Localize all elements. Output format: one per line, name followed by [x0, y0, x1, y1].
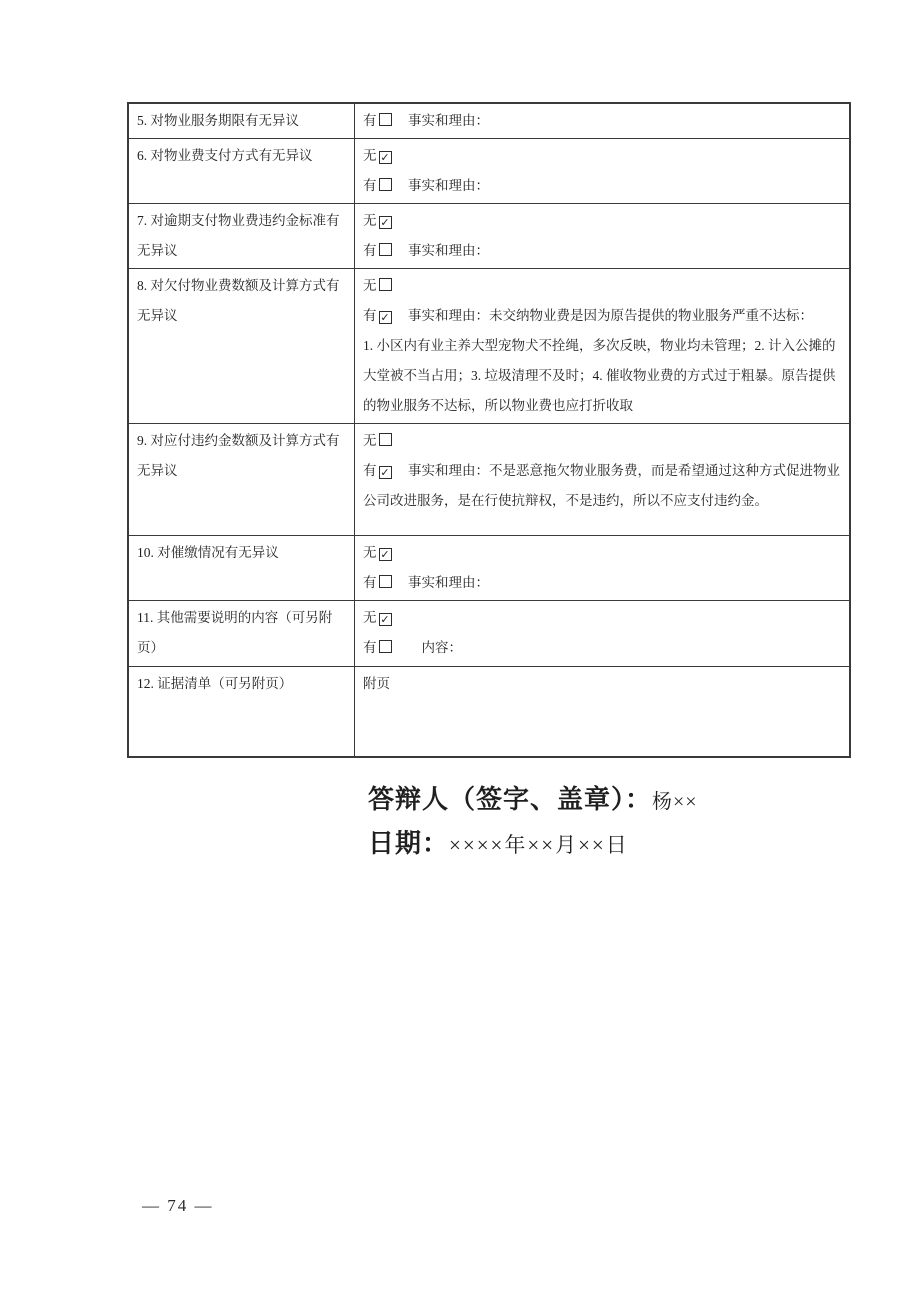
- content-text: 无: [363, 148, 377, 163]
- content-line: 无: [363, 426, 841, 456]
- row-content-cell: 无✓有 事实和理由：: [355, 139, 851, 204]
- table-row: 8. 对欠付物业费数额及计算方式有无异议无有✓ 事实和理由：未交纳物业费是因为原…: [128, 269, 850, 424]
- unchecked-checkbox-icon: [379, 640, 392, 653]
- signature-block: 答辩人（签字、盖章）：杨×× 日期：××××年××月××日: [368, 780, 698, 868]
- row-label: 6. 对物业费支付方式有无异议: [137, 141, 346, 171]
- content-text: 有: [363, 463, 377, 478]
- checked-checkbox-icon: ✓: [379, 613, 392, 626]
- content-text: 事实和理由：不是恶意拖欠物业服务费，而是希望通过这种方式促进物业公司改进服务，是…: [363, 463, 840, 508]
- content-line: 有✓ 事实和理由：不是恶意拖欠物业服务费，而是希望通过这种方式促进物业公司改进服…: [363, 456, 841, 516]
- row-content-cell: 附页: [355, 667, 851, 757]
- content-text: 附页: [363, 676, 390, 691]
- row-label: 5. 对物业服务期限有无异议: [137, 106, 346, 136]
- content-line: 有 事实和理由：: [363, 106, 841, 136]
- row-label: 11. 其他需要说明的内容（可另附页）: [137, 603, 346, 663]
- content-text: 无: [363, 610, 377, 625]
- table-row: 12. 证据清单（可另附页）附页: [128, 667, 850, 757]
- unchecked-checkbox-icon: [379, 178, 392, 191]
- date-label: 日期：: [368, 829, 449, 858]
- page-number: — 74 —: [142, 1196, 214, 1216]
- row-content-cell: 无有✓ 事实和理由：不是恶意拖欠物业服务费，而是希望通过这种方式促进物业公司改进…: [355, 424, 851, 536]
- date-line: 日期：××××年××月××日: [368, 824, 698, 868]
- content-text: 内容：: [395, 640, 463, 655]
- unchecked-checkbox-icon: [379, 113, 392, 126]
- row-content-cell: 无✓有 事实和理由：: [355, 536, 851, 601]
- content-text: 无: [363, 545, 377, 560]
- content-text: 事实和理由：未交纳物业费是因为原告提供的物业服务严重不达标：: [395, 308, 814, 323]
- content-text: 有: [363, 113, 377, 128]
- row-content-cell: 无✓有 内容：: [355, 601, 851, 667]
- signer-label: 答辩人（签字、盖章）：: [368, 785, 652, 814]
- content-text: 事实和理由：: [395, 575, 490, 590]
- row-label-cell: 6. 对物业费支付方式有无异议: [128, 139, 355, 204]
- content-text: 无: [363, 278, 377, 293]
- content-text: 1. 小区内有业主养大型宠物犬不拴绳，多次反映，物业均未管理；2. 计入公摊的大…: [363, 338, 836, 413]
- date-value: ××××年××月××日: [449, 833, 629, 857]
- answer-table-body: 5. 对物业服务期限有无异议有 事实和理由：6. 对物业费支付方式有无异议无✓有…: [128, 103, 850, 757]
- content-text: 事实和理由：: [395, 178, 490, 193]
- row-label: 10. 对催缴情况有无异议: [137, 538, 346, 568]
- row-label-cell: 12. 证据清单（可另附页）: [128, 667, 355, 757]
- content-line: 有 事实和理由：: [363, 236, 841, 266]
- content-line: 无✓: [363, 141, 841, 171]
- row-label-cell: 8. 对欠付物业费数额及计算方式有无异议: [128, 269, 355, 424]
- checked-checkbox-icon: ✓: [379, 216, 392, 229]
- table-row: 10. 对催缴情况有无异议无✓有 事实和理由：: [128, 536, 850, 601]
- content-line: 有 事实和理由：: [363, 171, 841, 201]
- content-line: 无✓: [363, 603, 841, 633]
- unchecked-checkbox-icon: [379, 243, 392, 256]
- content-text: 有: [363, 640, 377, 655]
- row-label-cell: 10. 对催缴情况有无异议: [128, 536, 355, 601]
- row-label: 12. 证据清单（可另附页）: [137, 669, 346, 699]
- checked-checkbox-icon: ✓: [379, 311, 392, 324]
- content-line: 附页: [363, 669, 841, 699]
- answer-table: 5. 对物业服务期限有无异议有 事实和理由：6. 对物业费支付方式有无异议无✓有…: [127, 102, 851, 758]
- table-row: 9. 对应付违约金数额及计算方式有无异议无有✓ 事实和理由：不是恶意拖欠物业服务…: [128, 424, 850, 536]
- row-content-cell: 无✓有 事实和理由：: [355, 204, 851, 269]
- content-text: 有: [363, 308, 377, 323]
- content-text: 有: [363, 243, 377, 258]
- signer-line: 答辩人（签字、盖章）：杨××: [368, 780, 698, 824]
- row-label-cell: 9. 对应付违约金数额及计算方式有无异议: [128, 424, 355, 536]
- content-text: 有: [363, 575, 377, 590]
- content-text: 有: [363, 178, 377, 193]
- row-content-cell: 有 事实和理由：: [355, 103, 851, 139]
- row-content-cell: 无有✓ 事实和理由：未交纳物业费是因为原告提供的物业服务严重不达标：1. 小区内…: [355, 269, 851, 424]
- content-line: 无: [363, 271, 841, 301]
- content-line: 有✓ 事实和理由：未交纳物业费是因为原告提供的物业服务严重不达标：: [363, 301, 841, 331]
- unchecked-checkbox-icon: [379, 433, 392, 446]
- unchecked-checkbox-icon: [379, 278, 392, 291]
- table-row: 7. 对逾期支付物业费违约金标准有无异议无✓有 事实和理由：: [128, 204, 850, 269]
- row-label-cell: 11. 其他需要说明的内容（可另附页）: [128, 601, 355, 667]
- row-label: 8. 对欠付物业费数额及计算方式有无异议: [137, 271, 346, 331]
- content-line: 1. 小区内有业主养大型宠物犬不拴绳，多次反映，物业均未管理；2. 计入公摊的大…: [363, 331, 841, 421]
- checked-checkbox-icon: ✓: [379, 151, 392, 164]
- checked-checkbox-icon: ✓: [379, 548, 392, 561]
- document-page: 5. 对物业服务期限有无异议有 事实和理由：6. 对物业费支付方式有无异议无✓有…: [0, 0, 899, 1301]
- signer-name: 杨××: [652, 791, 698, 813]
- table-row: 11. 其他需要说明的内容（可另附页）无✓有 内容：: [128, 601, 850, 667]
- content-line: 有 事实和理由：: [363, 568, 841, 598]
- table-row: 6. 对物业费支付方式有无异议无✓有 事实和理由：: [128, 139, 850, 204]
- row-label-cell: 7. 对逾期支付物业费违约金标准有无异议: [128, 204, 355, 269]
- unchecked-checkbox-icon: [379, 575, 392, 588]
- content-line: 有 内容：: [363, 633, 841, 663]
- content-text: 事实和理由：: [395, 243, 490, 258]
- table-row: 5. 对物业服务期限有无异议有 事实和理由：: [128, 103, 850, 139]
- content-line: 无✓: [363, 206, 841, 236]
- content-line: 无✓: [363, 538, 841, 568]
- row-label: 7. 对逾期支付物业费违约金标准有无异议: [137, 206, 346, 266]
- content-text: 无: [363, 213, 377, 228]
- row-label: 9. 对应付违约金数额及计算方式有无异议: [137, 426, 346, 486]
- row-label-cell: 5. 对物业服务期限有无异议: [128, 103, 355, 139]
- checked-checkbox-icon: ✓: [379, 466, 392, 479]
- content-text: 无: [363, 433, 377, 448]
- content-text: 事实和理由：: [395, 113, 490, 128]
